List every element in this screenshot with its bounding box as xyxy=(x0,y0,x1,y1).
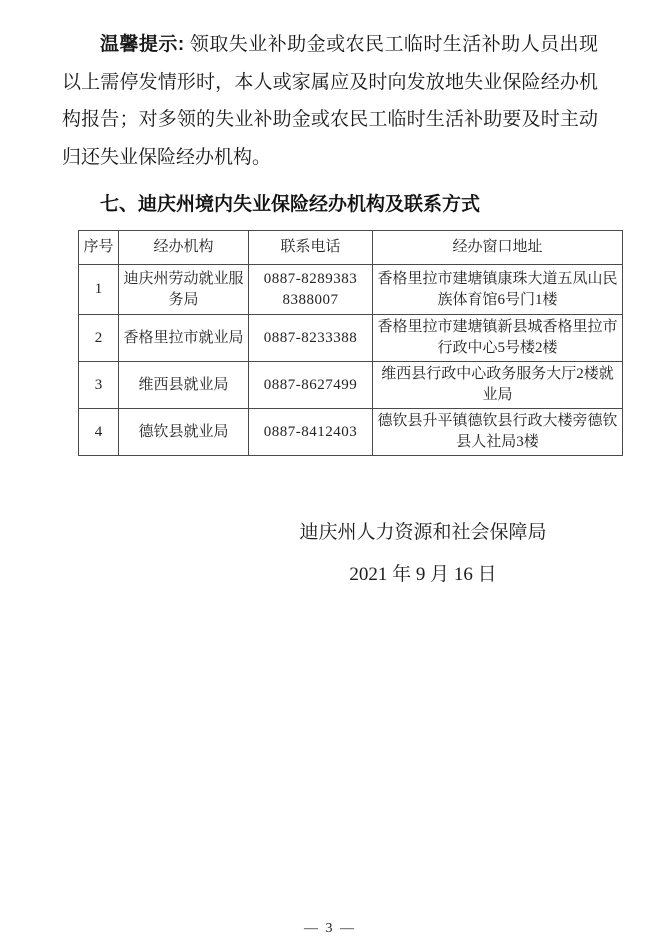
cell-address: 维西县行政中心政务服务大厅2楼就业局 xyxy=(373,362,623,409)
cell-org: 香格里拉市就业局 xyxy=(119,315,249,362)
col-header-org: 经办机构 xyxy=(119,231,249,265)
cell-org: 维西县就业局 xyxy=(119,362,249,409)
cell-address: 香格里拉市建塘镇康珠大道五凤山民族体育馆6号门1楼 xyxy=(373,265,623,315)
table-row: 3 维西县就业局 0887-8627499 维西县行政中心政务服务大厅2楼就业局 xyxy=(79,362,623,409)
signature-org: 迪庆州人力资源和社会保障局 xyxy=(186,512,660,554)
table-row: 2 香格里拉市就业局 0887-8233388 香格里拉市建塘镇新县城香格里拉市… xyxy=(79,315,623,362)
signature-block: 迪庆州人力资源和社会保障局 2021 年 9 月 16 日 xyxy=(186,512,660,596)
table-row: 4 德钦县就业局 0887-8412403 德钦县升平镇德钦县行政大楼旁德钦县人… xyxy=(79,409,623,456)
cell-no: 2 xyxy=(79,315,119,362)
table-header-row: 序号 经办机构 联系电话 经办窗口地址 xyxy=(79,231,623,265)
cell-phone: 0887-8289383 8388007 xyxy=(249,265,373,315)
cell-address: 香格里拉市建塘镇新县城香格里拉市行政中心5号楼2楼 xyxy=(373,315,623,362)
cell-phone: 0887-8233388 xyxy=(249,315,373,362)
col-header-address: 经办窗口地址 xyxy=(373,231,623,265)
cell-phone: 0887-8627499 xyxy=(249,362,373,409)
section-title: 七、迪庆州境内失业保险经办机构及联系方式 xyxy=(0,176,660,218)
notice-label: 温馨提示: xyxy=(100,34,190,55)
cell-org: 迪庆州劳动就业服务局 xyxy=(119,265,249,315)
cell-address: 德钦县升平镇德钦县行政大楼旁德钦县人社局3楼 xyxy=(373,409,623,456)
document-page: 温馨提示: 领取失业补助金或农民工临时生活补助人员出现以上需停发情形时，本人或家… xyxy=(0,0,660,949)
col-header-phone: 联系电话 xyxy=(249,231,373,265)
page-number: — 3 — xyxy=(0,921,660,937)
cell-no: 1 xyxy=(79,265,119,315)
cell-org: 德钦县就业局 xyxy=(119,409,249,456)
col-header-no: 序号 xyxy=(79,231,119,265)
notice-paragraph: 温馨提示: 领取失业补助金或农民工临时生活补助人员出现以上需停发情形时，本人或家… xyxy=(0,0,660,176)
cell-phone: 0887-8412403 xyxy=(249,409,373,456)
table-row: 1 迪庆州劳动就业服务局 0887-8289383 8388007 香格里拉市建… xyxy=(79,265,623,315)
signature-date: 2021 年 9 月 16 日 xyxy=(186,554,660,596)
cell-no: 4 xyxy=(79,409,119,456)
cell-no: 3 xyxy=(79,362,119,409)
agency-table: 序号 经办机构 联系电话 经办窗口地址 1 迪庆州劳动就业服务局 0887-82… xyxy=(78,230,623,456)
